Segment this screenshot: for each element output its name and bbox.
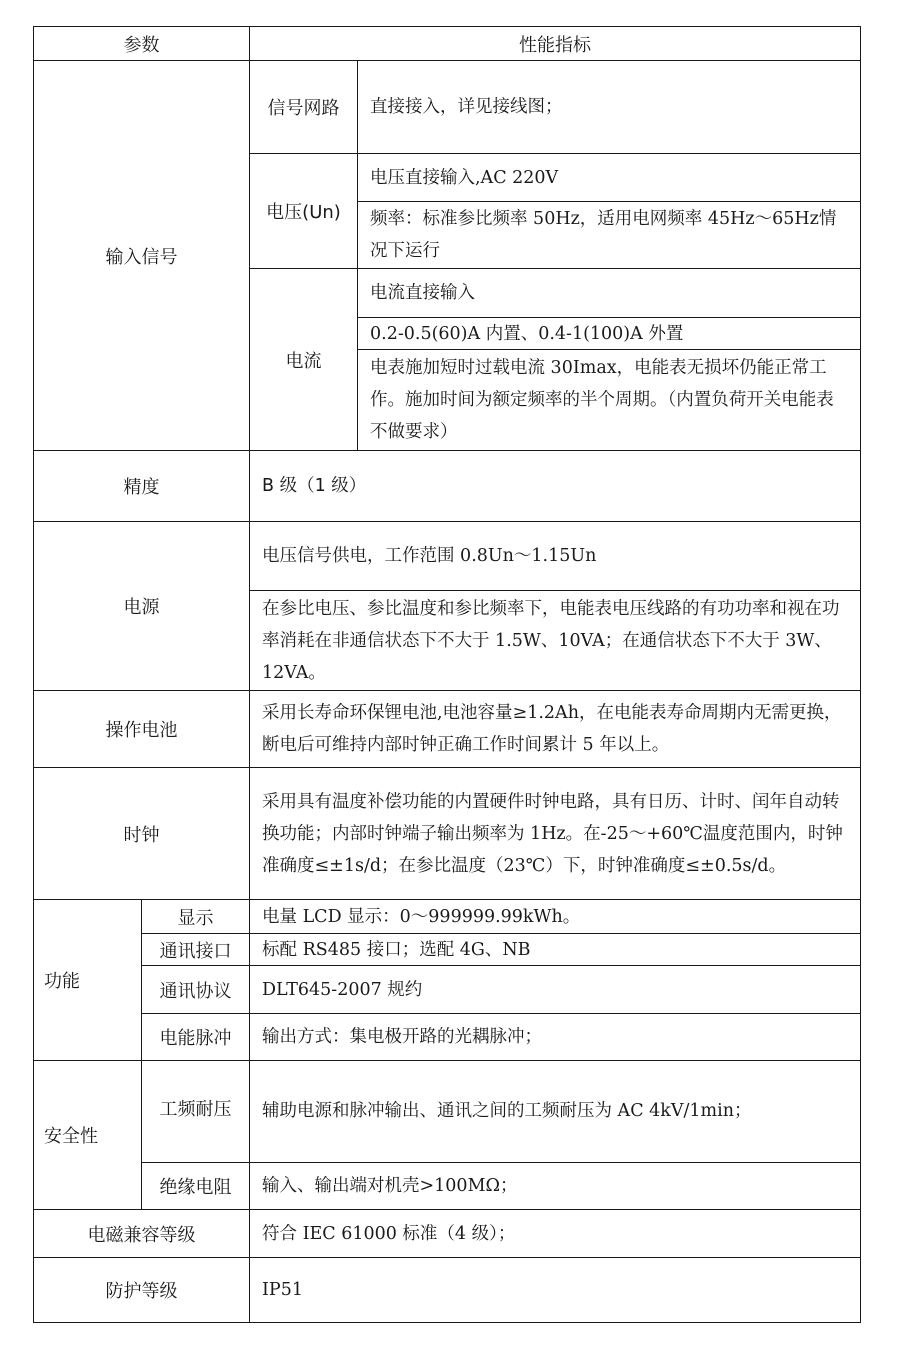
input-signal-label: 输入信号 [33, 60, 250, 451]
power-supply-label: 电源 [33, 521, 250, 691]
battery-label: 操作电池 [33, 690, 250, 768]
comm-protocol-label: 通讯协议 [141, 965, 250, 1014]
header-param: 参数 [33, 26, 250, 61]
power-freq-withstand-value: 辅助电源和脉冲输出、通讯之间的工频耐压为 AC 4kV/1min； [249, 1060, 861, 1163]
power-supply-value-1: 电压信号供电，工作范围 0.8Un～1.15Un [249, 521, 861, 591]
insulation-resistance-value: 输入、输出端对机壳>100MΩ； [249, 1162, 861, 1210]
voltage-label: 电压(Un) [249, 153, 358, 269]
signal-path-label: 信号网路 [249, 60, 358, 154]
comm-interface-label: 通讯接口 [141, 933, 250, 966]
accuracy-value: B 级（1 级） [249, 450, 861, 522]
signal-path-value: 直接接入，详见接线图； [357, 60, 861, 154]
current-value-3: 电表施加短时过载电流 30Imax，电能表无损坏仍能正常工作。施加时间为额定频率… [357, 349, 861, 451]
power-supply-value-2: 在参比电压、参比温度和参比频率下，电能表电压线路的有功功率和视在功率消耗在非通信… [249, 590, 861, 691]
power-freq-withstand-label: 工频耐压 [141, 1060, 250, 1163]
current-label: 电流 [249, 268, 358, 451]
voltage-value-1: 电压直接输入,AC 220V [357, 153, 861, 202]
voltage-value-2: 频率：标准参比频率 50Hz，适用电网频率 45Hz～65Hz情况下运行 [357, 201, 861, 269]
emc-label: 电磁兼容等级 [33, 1209, 250, 1258]
energy-pulse-label: 电能脉冲 [141, 1013, 250, 1061]
comm-protocol-value: DLT645-2007 规约 [249, 965, 861, 1014]
protection-label: 防护等级 [33, 1257, 250, 1323]
energy-pulse-value: 输出方式：集电极开路的光耦脉冲； [249, 1013, 861, 1061]
safety-label: 安全性 [33, 1060, 142, 1210]
emc-value: 符合 IEC 61000 标准（4 级）； [249, 1209, 861, 1258]
accuracy-label: 精度 [33, 450, 250, 522]
insulation-resistance-label: 绝缘电阻 [141, 1162, 250, 1210]
protection-value: IP51 [249, 1257, 861, 1323]
battery-value: 采用长寿命环保锂电池,电池容量≥1.2Ah，在电能表寿命周期内无需更换，断电后可… [249, 690, 861, 768]
current-value-1: 电流直接输入 [357, 268, 861, 318]
display-label: 显示 [141, 899, 250, 934]
header-spec: 性能指标 [249, 26, 861, 61]
comm-interface-value: 标配 RS485 接口；选配 4G、NB [249, 933, 861, 966]
current-value-2: 0.2-0.5(60)A 内置、0.4-1(100)A 外置 [357, 317, 861, 350]
display-value: 电量 LCD 显示：0～999999.99kWh。 [249, 899, 861, 934]
function-label: 功能 [33, 899, 142, 1061]
clock-label: 时钟 [33, 767, 250, 900]
spec-table: 参数 性能指标 输入信号 信号网路 直接接入，详见接线图； 电压(Un) 电压直… [0, 0, 900, 1354]
clock-value: 采用具有温度补偿功能的内置硬件时钟电路，具有日历、计时、闰年自动转换功能；内部时… [249, 767, 861, 900]
